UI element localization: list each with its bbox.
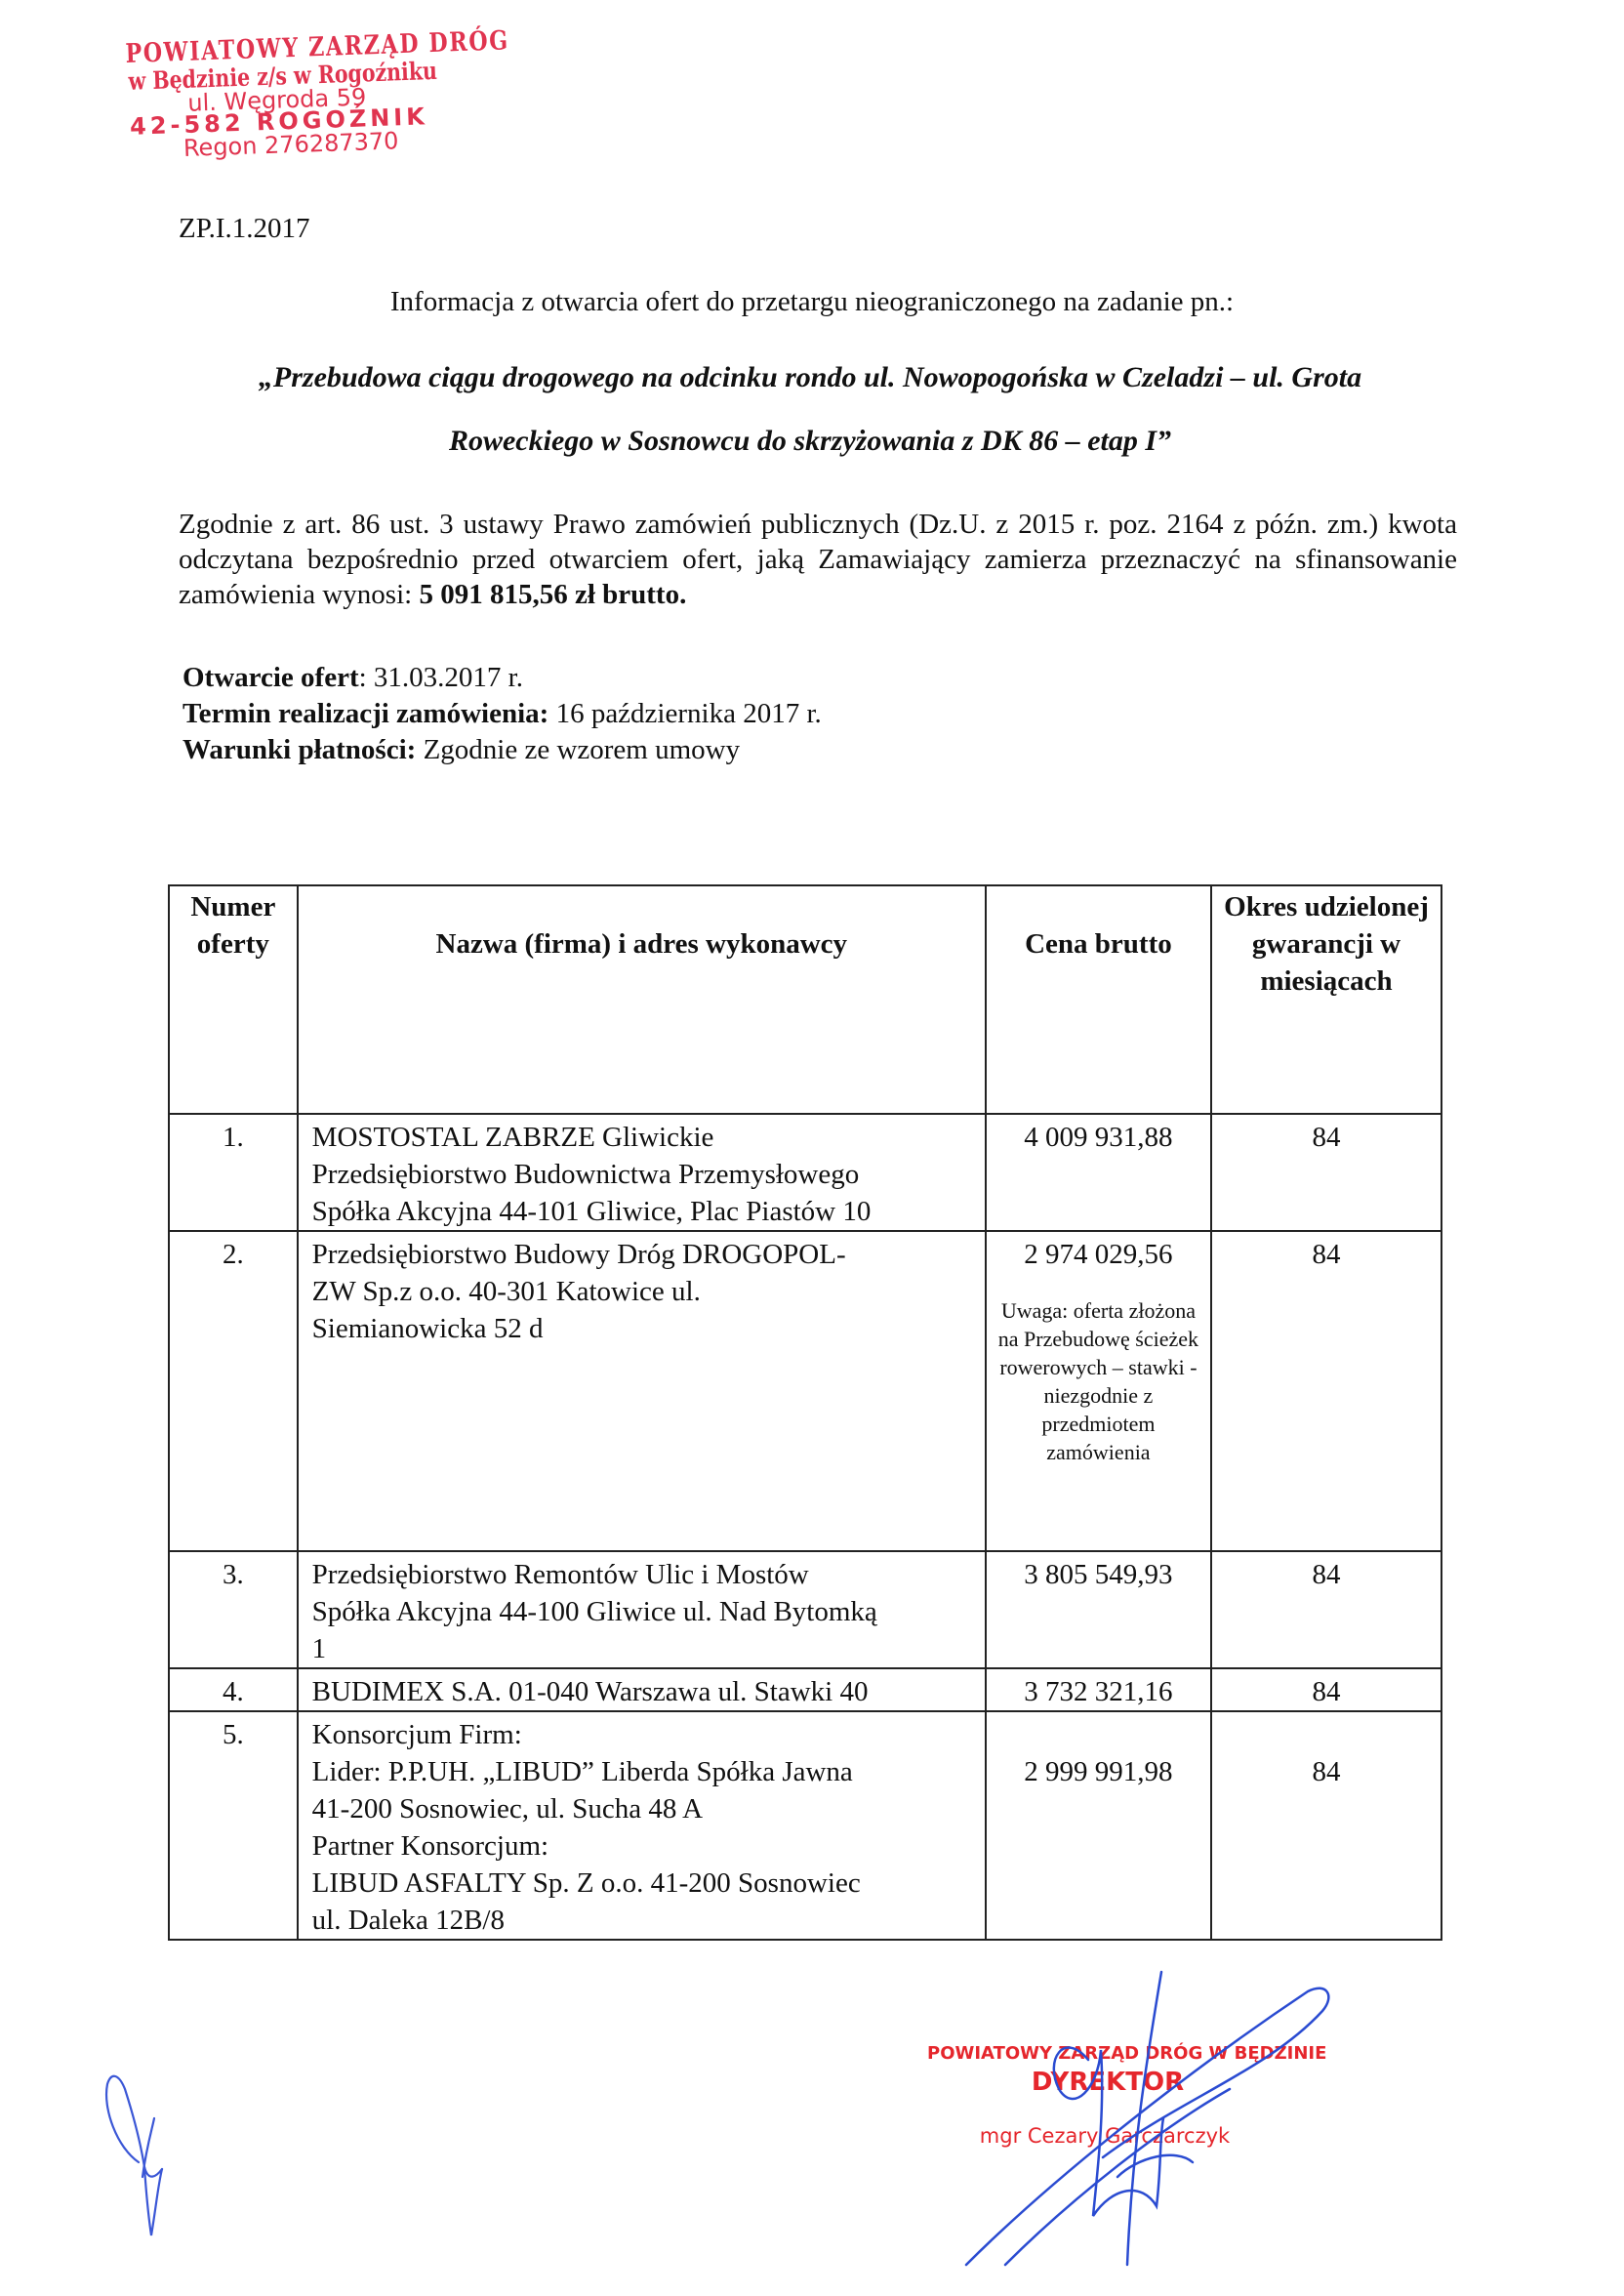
table-row: 5.Konsorcjum Firm:Lider: P.P.UH. „LIBUD”… bbox=[169, 1711, 1441, 1940]
gross-price-cell: 3 732 321,16 bbox=[986, 1668, 1211, 1711]
contractor-name-address: Przedsiębiorstwo Budowy Dróg DROGOPOL-ZW… bbox=[298, 1231, 986, 1551]
contractor-line: 41-200 Sosnowiec, ul. Sucha 48 A bbox=[312, 1790, 979, 1827]
table-row: 3.Przedsiębiorstwo Remontów Ulic i Mostó… bbox=[169, 1551, 1441, 1668]
opening-date: Otwarcie ofert: 31.03.2017 r. bbox=[183, 662, 523, 694]
contractor-name-address: MOSTOSTAL ZABRZE GliwickiePrzedsiębiorst… bbox=[298, 1114, 986, 1231]
gross-price: 4 009 931,88 bbox=[987, 1119, 1210, 1156]
header-price: Cena brutto bbox=[986, 885, 1211, 1114]
payment-label: Warunki płatności: bbox=[183, 734, 416, 765]
warranty-months: 84 bbox=[1212, 1236, 1441, 1273]
contractor-line: Partner Konsorcjum: bbox=[312, 1827, 979, 1865]
contractor-line: BUDIMEX S.A. 01-040 Warszawa ul. Stawki … bbox=[312, 1673, 979, 1710]
contractor-line: Przedsiębiorstwo Budownictwa Przemysłowe… bbox=[312, 1156, 979, 1193]
offer-number: 3. bbox=[169, 1551, 298, 1668]
header-warranty: Okres udzielonej gwarancji w miesiącach bbox=[1211, 885, 1441, 1114]
table-header-row: Numer oferty Nazwa (firma) i adres wykon… bbox=[169, 885, 1441, 1114]
gross-price-cell: 3 805 549,93 bbox=[986, 1551, 1211, 1668]
budget-amount: 5 091 815,56 zł brutto. bbox=[419, 579, 686, 610]
offer-number: 2. bbox=[169, 1231, 298, 1551]
budget-paragraph: Zgodnie z art. 86 ust. 3 ustawy Prawo za… bbox=[179, 507, 1457, 612]
offer-note: Uwaga: oferta złożona na Przebudowę ście… bbox=[987, 1296, 1210, 1466]
table-row: 1.MOSTOSTAL ZABRZE GliwickiePrzedsiębior… bbox=[169, 1114, 1441, 1231]
gross-price-cell: 2 974 029,56Uwaga: oferta złożona na Prz… bbox=[986, 1231, 1211, 1551]
payment-value: Zgodnie ze wzorem umowy bbox=[416, 734, 740, 765]
contractor-line: Siemianowicka 52 d bbox=[312, 1310, 979, 1347]
header-name: Nazwa (firma) i adres wykonawcy bbox=[298, 885, 986, 1114]
gross-price: 3 805 549,93 bbox=[987, 1556, 1210, 1593]
warranty-months-cell: 84 bbox=[1211, 1668, 1441, 1711]
deadline-value: 16 października 2017 r. bbox=[548, 698, 821, 729]
contractor-line: LIBUD ASFALTY Sp. Z o.o. 41-200 Sosnowie… bbox=[312, 1865, 979, 1902]
contractor-line: Konsorcjum Firm: bbox=[312, 1716, 979, 1753]
opening-value: : 31.03.2017 r. bbox=[359, 662, 523, 693]
contractor-line: Lider: P.P.UH. „LIBUD” Liberda Spółka Ja… bbox=[312, 1753, 979, 1790]
contractor-line: MOSTOSTAL ZABRZE Gliwickie bbox=[312, 1119, 979, 1156]
contractor-line: Przedsiębiorstwo Budowy Dróg DROGOPOL- bbox=[312, 1236, 979, 1273]
contractor-line: Spółka Akcyjna 44-101 Gliwice, Plac Pias… bbox=[312, 1193, 979, 1230]
contractor-line: 1 bbox=[312, 1630, 979, 1667]
warranty-months-cell: 84 bbox=[1211, 1114, 1441, 1231]
task-title-line-2: Roweckiego w Sosnowcu do skrzyżowania z … bbox=[166, 425, 1454, 458]
gross-price-cell: 2 999 991,98 bbox=[986, 1711, 1211, 1940]
warranty-months: 84 bbox=[1212, 1556, 1441, 1593]
director-signature bbox=[937, 1952, 1347, 2275]
warranty-months-cell: 84 bbox=[1211, 1711, 1441, 1940]
intro-heading: Informacja z otwarcia ofert do przetargu… bbox=[0, 286, 1624, 318]
gross-price: 2 999 991,98 bbox=[987, 1753, 1210, 1790]
table-row: 4.BUDIMEX S.A. 01-040 Warszawa ul. Stawk… bbox=[169, 1668, 1441, 1711]
gross-price-cell: 4 009 931,88 bbox=[986, 1114, 1211, 1231]
office-stamp: POWIATOWY ZARZĄD DRÓG w Będzinie z/s w R… bbox=[125, 26, 500, 164]
offers-table: Numer oferty Nazwa (firma) i adres wykon… bbox=[168, 884, 1442, 1941]
task-title-line-1: „Przebudowa ciągu drogowego na odcinku r… bbox=[166, 361, 1454, 394]
offer-number: 1. bbox=[169, 1114, 298, 1231]
reference-number: ZP.I.1.2017 bbox=[179, 213, 310, 245]
payment-terms: Warunki płatności: Zgodnie ze wzorem umo… bbox=[183, 734, 740, 766]
contractor-line: Spółka Akcyjna 44-100 Gliwice ul. Nad By… bbox=[312, 1593, 979, 1630]
initials-signature bbox=[98, 2070, 185, 2245]
warranty-months-cell: 84 bbox=[1211, 1231, 1441, 1551]
completion-deadline: Termin realizacji zamówienia: 16 paździe… bbox=[183, 698, 822, 730]
contractor-name-address: Konsorcjum Firm:Lider: P.P.UH. „LIBUD” L… bbox=[298, 1711, 986, 1940]
budget-text: Zgodnie z art. 86 ust. 3 ustawy Prawo za… bbox=[179, 509, 1457, 610]
contractor-line: Przedsiębiorstwo Remontów Ulic i Mostów bbox=[312, 1556, 979, 1593]
offer-number: 4. bbox=[169, 1668, 298, 1711]
contractor-line: ZW Sp.z o.o. 40-301 Katowice ul. bbox=[312, 1273, 979, 1310]
contractor-name-address: Przedsiębiorstwo Remontów Ulic i MostówS… bbox=[298, 1551, 986, 1668]
gross-price: 2 974 029,56 bbox=[987, 1236, 1210, 1273]
warranty-months-cell: 84 bbox=[1211, 1551, 1441, 1668]
header-number: Numer oferty bbox=[169, 885, 298, 1114]
contractor-line: ul. Daleka 12B/8 bbox=[312, 1902, 979, 1939]
warranty-months: 84 bbox=[1212, 1119, 1441, 1156]
gross-price: 3 732 321,16 bbox=[987, 1673, 1210, 1710]
opening-label: Otwarcie ofert bbox=[183, 662, 359, 693]
deadline-label: Termin realizacji zamówienia: bbox=[183, 698, 548, 729]
warranty-months: 84 bbox=[1212, 1753, 1441, 1790]
warranty-months: 84 bbox=[1212, 1673, 1441, 1710]
offer-number: 5. bbox=[169, 1711, 298, 1940]
table-row: 2.Przedsiębiorstwo Budowy Dróg DROGOPOL-… bbox=[169, 1231, 1441, 1551]
contractor-name-address: BUDIMEX S.A. 01-040 Warszawa ul. Stawki … bbox=[298, 1668, 986, 1711]
